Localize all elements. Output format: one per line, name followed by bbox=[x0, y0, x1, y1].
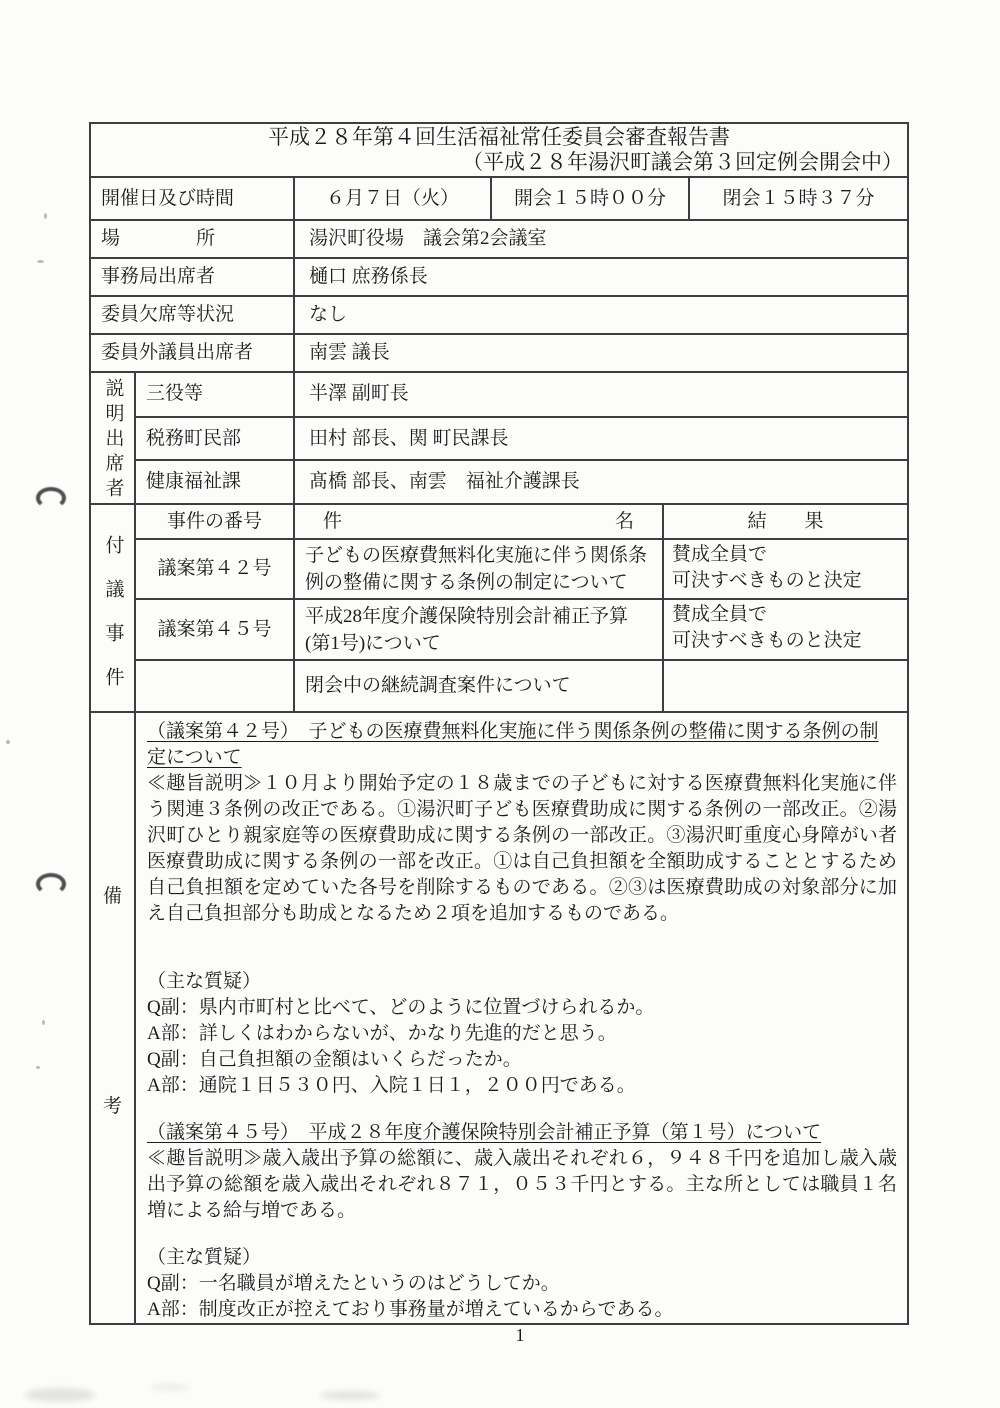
scan-smudge bbox=[25, 1388, 95, 1402]
bill42-summary: ≪趣旨説明≫１０月より開始予定の１８歳までの子どもに対する医療費無料化実施に伴う… bbox=[147, 771, 897, 927]
qa-line: A部：制度改正が控えており事務量が増えているからである。 bbox=[147, 1297, 897, 1323]
qa-line: Q副：一名職員が増えたというのはどうしてか。 bbox=[147, 1271, 897, 1297]
remarks-content: （議案第４２号） 子どもの医療費無料化実施に伴う関係条例の整備に関する条例の制定… bbox=[135, 712, 908, 1324]
absence-label: 委員欠席等状況 bbox=[90, 296, 294, 334]
agenda-row-name: 閉会中の継続調査案件について bbox=[294, 660, 663, 712]
meeting-date: ６月７日（火） bbox=[294, 177, 491, 220]
attendee-row-label: 健康福祉課 bbox=[135, 460, 294, 504]
datetime-label: 開催日及び時間 bbox=[90, 177, 294, 220]
secretariat-value: 樋口 庶務係長 bbox=[294, 258, 908, 296]
nonmember-label: 委員外議員出席者 bbox=[90, 334, 294, 372]
bill42-heading: （議案第４２号） 子どもの医療費無料化実施に伴う関係条例の整備に関する条例の制定… bbox=[147, 719, 897, 771]
agenda-header-number: 事件の番号 bbox=[135, 504, 294, 539]
scan-speck bbox=[42, 1020, 45, 1025]
agenda-row-number: 議案第４２号 bbox=[135, 539, 294, 599]
report-title-cell: 平成２８年第４回生活福祉常任委員会審査報告書 （平成２８年湯沢町議会第３回定例会… bbox=[90, 123, 908, 177]
agenda-header-name-left: 件 bbox=[323, 510, 342, 534]
qa-line: Q副：自己負担額の金額はいくらだったか。 bbox=[147, 1047, 897, 1073]
agenda-header-name-right: 名 bbox=[615, 510, 634, 534]
binder-hole-artifact bbox=[36, 873, 66, 895]
report-table: 平成２８年第４回生活福祉常任委員会審査報告書 （平成２８年湯沢町議会第３回定例会… bbox=[89, 122, 909, 1325]
remarks-section-label-cell: 備 考 bbox=[90, 712, 135, 1324]
close-time: 閉会１５時３７分 bbox=[689, 177, 908, 220]
bill45-qa-title: （主な質疑） bbox=[147, 1245, 897, 1271]
agenda-section-label: 付議事件 bbox=[101, 505, 125, 711]
place-label: 場 所 bbox=[90, 220, 294, 258]
agenda-row-result: 賛成全員で 可決すべきものと決定 bbox=[663, 599, 908, 659]
absence-value: なし bbox=[294, 296, 908, 334]
attendee-row-value: 半澤 副町長 bbox=[294, 372, 908, 417]
bill45-heading: （議案第４５号） 平成２８年度介護保険特別会計補正予算（第１号）について bbox=[147, 1120, 897, 1146]
scan-speck bbox=[36, 1066, 40, 1069]
attendees-section-label: 説明出席者 bbox=[101, 373, 125, 503]
agenda-row-result: 賛成全員で 可決すべきものと決定 bbox=[663, 539, 908, 599]
scan-smudge bbox=[150, 1384, 190, 1391]
agenda-row-result bbox=[663, 660, 908, 712]
open-time: 開会１５時００分 bbox=[491, 177, 689, 220]
qa-line: A部：通院１日５３０円、入院１日１，２００円である。 bbox=[147, 1073, 897, 1099]
report-subtitle: （平成２８年湯沢町議会第３回定例会開会中） bbox=[95, 150, 903, 175]
agenda-row-name: 子どもの医療費無料化実施に伴う関係条例の整備に関する条例の制定について bbox=[294, 539, 663, 599]
binder-hole-artifact bbox=[36, 487, 66, 509]
scanned-report-page: 平成２８年第４回生活福祉常任委員会審査報告書 （平成２８年湯沢町議会第３回定例会… bbox=[0, 0, 1000, 1408]
secretariat-label: 事務局出席者 bbox=[90, 258, 294, 296]
qa-line: A部：詳しくはわからないが、かなり先進的だと思う。 bbox=[147, 1021, 897, 1047]
attendee-row-value: 髙橋 部長、南雲 福祉介護課長 bbox=[294, 460, 908, 504]
attendee-row-label: 三役等 bbox=[135, 372, 294, 417]
report-title: 平成２８年第４回生活福祉常任委員会審査報告書 bbox=[95, 125, 903, 150]
place-value: 湯沢町役場 議会第2会議室 bbox=[294, 220, 908, 258]
agenda-header-name: 件 名 bbox=[294, 504, 663, 539]
scan-speck bbox=[37, 260, 44, 263]
agenda-section-label-cell: 付議事件 bbox=[90, 504, 135, 712]
remarks-label-top: 備 bbox=[91, 885, 134, 909]
attendees-section-label-cell: 説明出席者 bbox=[90, 372, 135, 504]
agenda-header-result: 結 果 bbox=[663, 504, 908, 539]
bill45-summary: ≪趣旨説明≫歳入歳出予算の総額に、歳入歳出それぞれ６，９４８千円を追加し歳入歳出… bbox=[147, 1146, 897, 1224]
agenda-row-number bbox=[135, 660, 294, 712]
agenda-row-name: 平成28年度介護保険特別会計補正予算(第1号)について bbox=[294, 599, 663, 659]
attendee-row-label: 税務町民部 bbox=[135, 417, 294, 461]
qa-line: Q副：県内市町村と比べて、どのように位置づけられるか。 bbox=[147, 995, 897, 1021]
remarks-label-bottom: 考 bbox=[91, 1095, 134, 1119]
attendee-row-value: 田村 部長、関 町民課長 bbox=[294, 417, 908, 461]
bill42-qa-title: （主な質疑） bbox=[147, 969, 897, 995]
page-number: 1 bbox=[505, 1325, 535, 1346]
scan-speck bbox=[44, 213, 47, 219]
scan-speck bbox=[6, 740, 10, 744]
agenda-row-number: 議案第４５号 bbox=[135, 599, 294, 659]
scan-smudge bbox=[320, 1391, 380, 1400]
nonmember-value: 南雲 議長 bbox=[294, 334, 908, 372]
